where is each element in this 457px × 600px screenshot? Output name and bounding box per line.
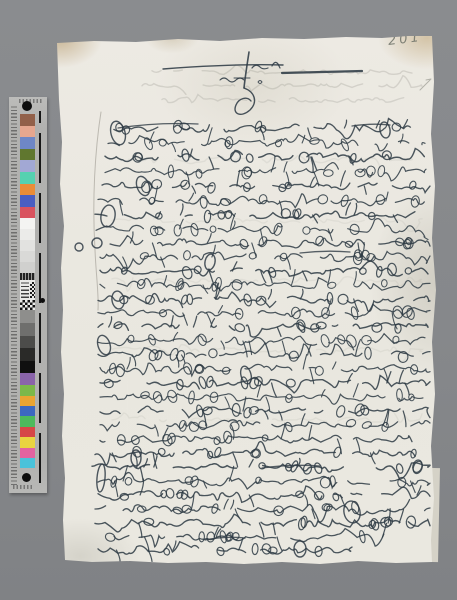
ink-stroke [108, 135, 425, 151]
ink-stroke [94, 112, 101, 310]
ink-stroke [249, 341, 252, 355]
ink-curl [299, 152, 310, 164]
ink-curl [359, 267, 367, 275]
ink-curl [406, 516, 416, 529]
ink-curl [409, 180, 417, 190]
ink-stroke [356, 439, 359, 451]
ink-curl [208, 349, 217, 358]
ink-stroke [172, 143, 176, 152]
ink-curl [410, 195, 420, 208]
ink-stroke [235, 88, 254, 114]
ink-curl [183, 250, 191, 260]
ink-curl [176, 489, 184, 499]
ink-curl [392, 305, 404, 319]
ink-curl [239, 238, 249, 250]
ink-stroke [399, 510, 403, 524]
ink-curl [193, 265, 202, 274]
ink-stroke [98, 323, 428, 337]
calibration-patch [20, 416, 35, 426]
notarial-rubric [163, 52, 362, 114]
ink-stroke [100, 261, 428, 276]
ink-curl [103, 378, 115, 389]
ink-stroke [282, 341, 285, 353]
calibration-patch [20, 458, 35, 468]
ink-stroke [189, 193, 194, 201]
ink-curl [275, 139, 282, 147]
calibration-patch [20, 207, 35, 219]
calibration-patch [20, 229, 35, 240]
ink-stroke [284, 162, 287, 172]
ink-stroke [142, 76, 422, 95]
ink-stroke [100, 363, 430, 376]
ink-stroke [260, 128, 264, 140]
ink-curl [366, 166, 376, 176]
ink-curl [185, 477, 193, 485]
ink-curl [232, 403, 240, 416]
verso-bleedthrough [112, 65, 422, 423]
ink-curl [284, 421, 293, 432]
ink-stroke [354, 203, 357, 215]
ink-curl [207, 451, 213, 459]
ink-stroke [114, 119, 420, 139]
registration-dot-icon [22, 473, 31, 482]
ink-stroke [264, 411, 268, 419]
ink-stroke [257, 385, 260, 397]
registration-dot-icon [22, 101, 32, 111]
ink-curl [143, 137, 154, 151]
ink-curl [231, 279, 243, 291]
manuscript-ink [52, 30, 440, 566]
ink-stroke [220, 78, 244, 82]
ink-curl [371, 322, 382, 332]
ink-curl [395, 324, 402, 334]
strip-labelpanel [20, 280, 35, 300]
ink-curl [302, 226, 311, 235]
strip-checkrow [20, 300, 35, 310]
ink-stroke [176, 355, 179, 367]
ink-stroke [268, 290, 271, 300]
ink-curl [211, 503, 219, 514]
ink-stroke [341, 171, 346, 186]
ink-stroke [144, 459, 148, 467]
ink-stroke [399, 370, 403, 383]
ink-curl [359, 530, 366, 543]
ink-stroke [308, 128, 312, 138]
calibration-patch [20, 348, 35, 361]
calibration-patch [20, 262, 35, 273]
ink-stroke [258, 81, 262, 84]
calibration-patch [20, 240, 35, 251]
ink-stroke [98, 304, 430, 317]
ink-curl [345, 333, 358, 348]
ink-stroke [155, 425, 158, 436]
calibration-patch [20, 149, 35, 161]
ink-stroke [333, 362, 336, 369]
calibration-patch [20, 336, 35, 349]
ink-stroke [310, 177, 314, 186]
calibration-patch [20, 361, 35, 374]
ink-curl [376, 266, 383, 278]
ink-stroke [300, 251, 350, 253]
ink-curl [313, 462, 323, 474]
ink-curl [181, 149, 190, 162]
ink-curl [216, 546, 226, 556]
ink-curl [411, 365, 418, 375]
calibration-patch [20, 396, 35, 406]
ink-stroke [352, 124, 390, 126]
ink-stroke [383, 523, 387, 537]
ink-stroke [266, 397, 270, 410]
calibration-patch [20, 373, 35, 385]
ink-stroke [100, 435, 412, 443]
calibration-patch [20, 218, 35, 229]
ink-curl [350, 306, 359, 320]
ink-stroke [252, 243, 256, 257]
ink-curl [315, 366, 324, 376]
ink-curl [335, 405, 346, 419]
ink-stroke [192, 186, 196, 193]
ink-stroke [300, 289, 303, 299]
ink-stroke [183, 313, 188, 325]
ink-curl [157, 447, 166, 456]
calibration-patch [20, 114, 35, 126]
ink-curl [243, 167, 252, 178]
calibration-patch [20, 323, 35, 336]
ink-stroke [98, 473, 430, 489]
ink-curl [245, 153, 254, 163]
ink-curl [174, 277, 184, 291]
calibration-patch [20, 160, 35, 172]
ink-curl [188, 391, 195, 405]
calibration-patch [20, 448, 35, 458]
ink-stroke [233, 453, 238, 467]
manuscript-text [92, 119, 430, 562]
ink-curl [320, 477, 330, 488]
ink-stroke [209, 271, 213, 284]
ink-curl [163, 547, 171, 555]
ink-curl [301, 516, 308, 528]
ink-stroke [100, 278, 430, 291]
ink-curl [340, 138, 350, 152]
ink-curl [332, 446, 342, 458]
ink-curl [190, 223, 199, 237]
ink-stroke [112, 277, 422, 292]
calibration-patch [20, 195, 35, 207]
ink-stroke [140, 467, 143, 481]
ink-stroke [112, 453, 116, 462]
ink-stroke [100, 376, 430, 393]
strip-minibar [20, 273, 35, 280]
ink-stroke [400, 134, 403, 143]
calibration-patch [20, 251, 35, 262]
ink-curl [197, 333, 208, 346]
ink-stroke [98, 486, 430, 502]
ink-stroke [287, 257, 291, 269]
ink-curl [273, 222, 284, 236]
ink-stroke [180, 204, 183, 215]
ink-curl [355, 169, 365, 177]
ink-stroke [193, 316, 196, 327]
ink-stroke [139, 523, 142, 537]
ink-stroke [328, 229, 332, 241]
flourish-loop [203, 253, 216, 271]
ink-stroke [344, 120, 346, 128]
ink-curl [404, 267, 412, 275]
ink-stroke [303, 355, 307, 370]
flourish-loop [92, 238, 102, 248]
ink-stroke [98, 542, 352, 554]
ink-stroke [109, 317, 112, 327]
fold-crease [94, 112, 101, 310]
ink-stroke [207, 313, 212, 323]
ink-curl [365, 347, 372, 359]
ink-stroke [259, 523, 264, 537]
ink-curl [195, 365, 202, 373]
calibration-patch [20, 427, 35, 437]
ink-stroke [231, 500, 234, 509]
registration-dot-icon [40, 298, 45, 303]
flourish-loop [99, 204, 117, 228]
calibration-patch [20, 310, 35, 323]
color-calibration-strip [9, 97, 47, 493]
calibration-patch [20, 385, 35, 395]
ink-stroke [163, 428, 168, 439]
calibration-patch [20, 137, 35, 149]
ink-stroke [348, 374, 353, 384]
ink-curl [166, 389, 179, 404]
strip-bottom-label [13, 485, 33, 489]
ink-curl [361, 420, 372, 429]
calibration-patch [20, 126, 35, 138]
ink-curl [243, 293, 253, 306]
strip-dash-line [39, 111, 41, 483]
ink-stroke [162, 95, 417, 103]
ink-curl [181, 490, 189, 500]
ink-stroke [179, 219, 183, 229]
calibration-patch [20, 172, 35, 184]
calibration-patch [20, 184, 35, 196]
ink-curl [152, 391, 162, 404]
ink-stroke [207, 234, 211, 243]
calibration-patch [20, 406, 35, 416]
document-page: 201 [52, 30, 440, 566]
ink-stroke [225, 397, 229, 407]
ink-stroke [98, 194, 430, 208]
ink-stroke [95, 211, 430, 219]
ink-curl [187, 294, 193, 305]
ink-curl [259, 194, 267, 204]
strip-side-label [11, 105, 17, 485]
ink-curl [234, 322, 246, 333]
ink-stroke [110, 236, 430, 248]
ink-curl [330, 476, 336, 487]
ink-curl [323, 170, 333, 177]
ink-curl [124, 477, 132, 486]
ink-stroke [98, 343, 430, 358]
ink-stroke [353, 384, 358, 397]
ink-stroke [405, 383, 409, 395]
flourish-loop [75, 243, 83, 251]
ink-stroke [127, 357, 130, 369]
ink-curl [154, 225, 165, 236]
ink-curl [198, 420, 208, 431]
ink-stroke [98, 292, 430, 311]
ink-curl [210, 226, 216, 233]
ink-stroke [252, 65, 268, 69]
ink-stroke [272, 383, 277, 397]
ink-curl [172, 506, 183, 515]
ink-stroke [386, 192, 388, 201]
ink-curl [199, 532, 205, 542]
ink-curl [320, 334, 331, 349]
flourish-loop [96, 464, 106, 493]
ink-stroke [309, 426, 312, 439]
archival-photo: 201 [0, 0, 457, 600]
ink-stroke [233, 262, 237, 271]
ink-curl [181, 265, 194, 280]
ink-stroke [249, 459, 253, 467]
ink-stroke [305, 495, 308, 505]
ink-curl [377, 165, 386, 177]
ink-curl [127, 335, 134, 344]
ink-stroke [224, 499, 228, 509]
ink-curl [337, 293, 349, 305]
ink-stroke [277, 537, 282, 550]
ink-curl [381, 280, 387, 288]
ink-stroke [364, 186, 366, 194]
ink-stroke [277, 327, 281, 336]
ink-stroke [116, 550, 120, 562]
ink-stroke [95, 442, 430, 465]
calibration-patch [20, 437, 35, 447]
ink-stroke [229, 466, 233, 481]
flourish-loop [111, 290, 126, 310]
ink-curl [207, 182, 217, 194]
ink-curl [110, 476, 118, 488]
ink-stroke [237, 170, 240, 186]
strip-patch-column [20, 114, 35, 468]
ink-curl [252, 543, 258, 554]
